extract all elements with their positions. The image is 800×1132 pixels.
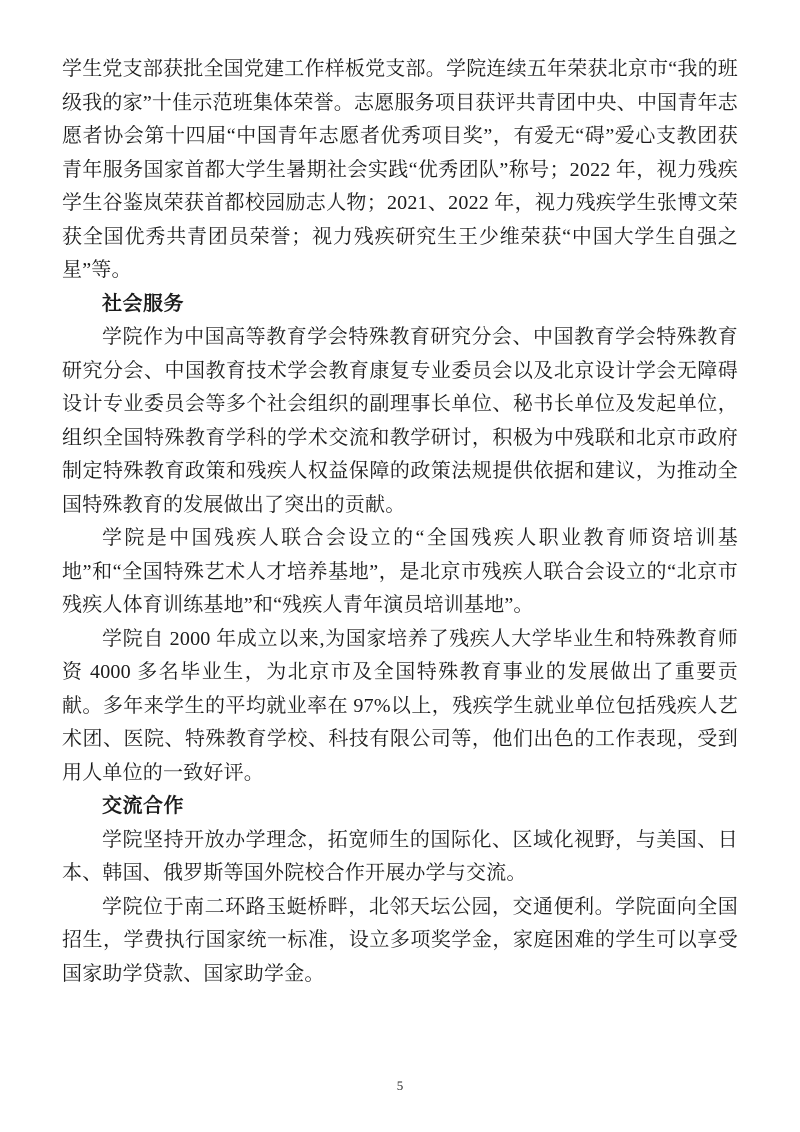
document-page: 学生党支部获批全国党建工作样板党支部。学院连续五年荣获北京市“我的班级我的家”十…: [0, 0, 800, 1132]
paragraph-social-organizations: 学院作为中国高等教育学会特殊教育研究分会、中国教育学会特殊教育研究分会、中国教育…: [62, 321, 738, 522]
document-body: 学生党支部获批全国党建工作样板党支部。学院连续五年荣获北京市“我的班级我的家”十…: [62, 53, 738, 991]
paragraph-graduates-employment: 学院自 2000 年成立以来,为国家培养了残疾人大学毕业生和特殊教育师资 400…: [62, 623, 738, 791]
paragraph-international-exchange: 学院坚持开放办学理念，拓宽师生的国际化、区域化视野，与美国、日本、韩国、俄罗斯等…: [62, 824, 738, 891]
page-number: 5: [0, 1078, 800, 1094]
section-heading-social-service: 社会服务: [62, 288, 738, 322]
paragraph-location-tuition: 学院位于南二环路玉蜓桥畔，北邻天坛公园，交通便利。学院面向全国招生，学费执行国家…: [62, 891, 738, 992]
paragraph-training-bases: 学院是中国残疾人联合会设立的“全国残疾人职业教育师资培训基地”和“全国特殊艺术人…: [62, 522, 738, 623]
section-heading-exchange-cooperation: 交流合作: [62, 790, 738, 824]
paragraph-honors-continuation: 学生党支部获批全国党建工作样板党支部。学院连续五年荣获北京市“我的班级我的家”十…: [62, 53, 738, 288]
